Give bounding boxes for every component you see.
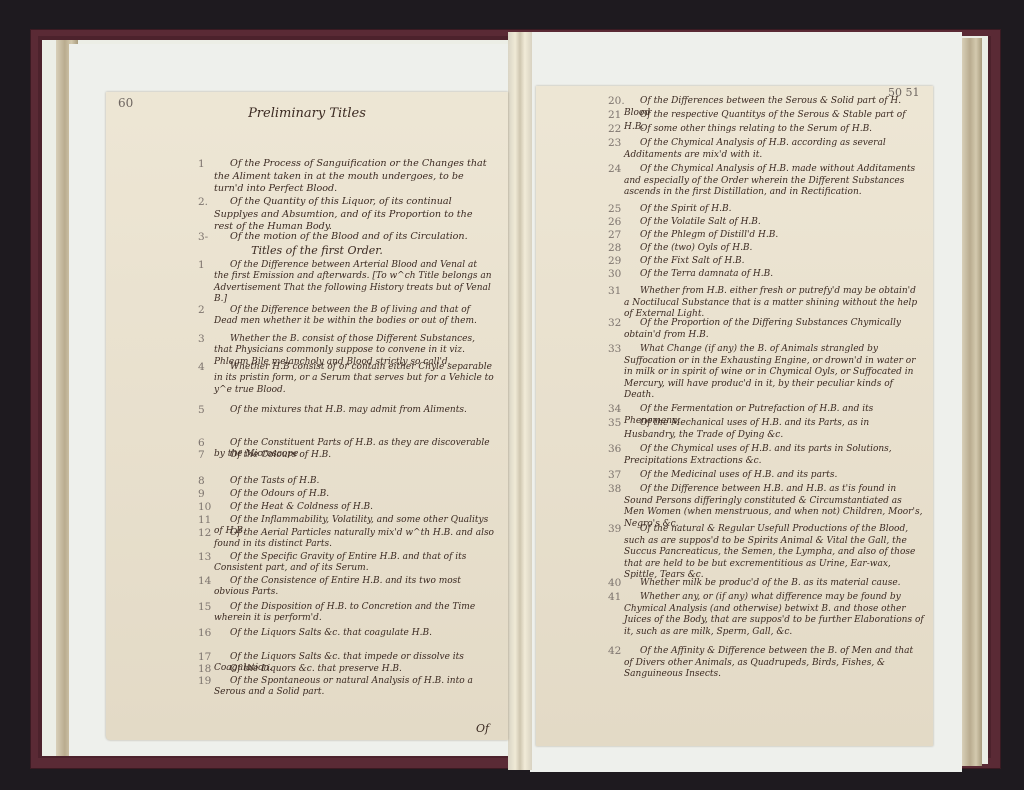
item-number: 13 [198,552,211,563]
item-number: 36 [608,444,621,456]
list-item: 3-Of the motion of the Blood and of its … [214,231,490,244]
item-text: Of some other things relating to the Ser… [624,124,924,136]
item-number: 20. [608,96,625,108]
item-text: What Change (if any) the B. of Animals s… [624,344,924,402]
item-number: 2 [198,305,205,316]
item-number: 24 [608,164,621,176]
list-item: 2Of the Difference between the B of livi… [214,305,494,328]
list-item: 40Whether milk be produc'd of the B. as … [624,578,924,590]
item-number: 6 [198,438,205,449]
list-item: 37Of the Medicinal uses of H.B. and its … [624,470,924,482]
item-number: 42 [608,646,621,658]
item-text: Of the Disposition of H.B. to Concretion… [214,602,494,625]
item-text: Whether from H.B. either fresh or putref… [624,286,924,321]
item-number: 11 [198,515,211,526]
item-text: Of the mixtures that H.B. may admit from… [214,405,494,416]
list-item: 16Of the Liquors Salts &c. that coagulat… [214,628,494,639]
list-item: 25Of the Spirit of H.B. [624,204,924,216]
item-text: Of the Phlegm of Distill'd H.B. [624,230,924,242]
list-item: 31Whether from H.B. either fresh or putr… [624,286,924,321]
item-number: 1 [198,158,205,171]
list-item: 29Of the Fixt Salt of H.B. [624,256,924,268]
left-manuscript-leaf: 60 Preliminary Titles 1Of the Process of… [106,92,508,740]
item-number: 32 [608,318,621,330]
item-number: 4 [198,362,205,373]
list-item: 10Of the Heat & Coldness of H.B. [214,502,494,513]
list-item: 27Of the Phlegm of Distill'd H.B. [624,230,924,242]
list-item: 15Of the Disposition of H.B. to Concreti… [214,602,494,625]
item-number: 33 [608,344,621,356]
item-number: 18 [198,664,211,675]
list-item: 24Of the Chymical Analysis of H.B. made … [624,164,924,199]
list-item: 9Of the Odours of H.B. [214,489,494,500]
item-text: Of the Mechanical uses of H.B. and its P… [624,418,924,441]
item-number: 30 [608,269,621,281]
item-number: 1 [198,260,205,271]
list-item: 13Of the Specific Gravity of Entire H.B.… [214,552,494,575]
list-item: 2.Of the Quantity of this Liquor, of its… [214,196,490,234]
item-number: 7 [198,450,205,461]
item-number: 38 [608,484,621,496]
item-text: Of the Quantity of this Liquor, of its c… [214,196,490,234]
list-item: 30Of the Terra damnata of H.B. [624,269,924,281]
list-item: 41Whether any, or (if any) what differen… [624,592,924,638]
catchword: Of [476,722,489,735]
list-item: 5Of the mixtures that H.B. may admit fro… [214,405,494,416]
right-page-edges [962,38,982,766]
item-number: 5 [198,405,205,416]
item-text: Of the Specific Gravity of Entire H.B. a… [214,552,494,575]
item-number: 31 [608,286,621,298]
list-item: 28Of the (two) Oyls of H.B. [624,243,924,255]
item-number: 21 [608,110,621,122]
item-number: 23 [608,138,621,150]
page-title: Preliminary Titles [106,106,508,121]
item-number: 9 [198,489,205,500]
list-item: 23Of the Chymical Analysis of H.B. accor… [624,138,924,161]
item-number: 8 [198,476,205,487]
item-text: Of the motion of the Blood and of its Ci… [214,231,490,244]
item-text: Of the Proportion of the Differing Subst… [624,318,924,341]
item-text: Of the Chymical Analysis of H.B. made wi… [624,164,924,199]
list-item: 22Of some other things relating to the S… [624,124,924,136]
list-item: 39Of the natural & Regular Usefull Produ… [624,524,924,582]
item-text: Of the Liquors Salts &c. that coagulate … [214,628,494,639]
item-number: 41 [608,592,621,604]
item-text: Of the Consistence of Entire H.B. and it… [214,576,494,599]
item-text: Of the Spirit of H.B. [624,204,924,216]
item-text: Of the Liquors &c. that preserve H.B. [214,664,494,675]
item-text: Of the Volatile Salt of H.B. [624,217,924,229]
item-number: 10 [198,502,211,513]
item-number: 22 [608,124,621,136]
item-number: 37 [608,470,621,482]
item-number: 16 [198,628,211,639]
item-number: 25 [608,204,621,216]
item-number: 35 [608,418,621,430]
item-text: Of the Spontaneous or natural Analysis o… [214,676,494,699]
item-text: Of the Chymical Analysis of H.B. accordi… [624,138,924,161]
item-text: Whether any, or (if any) what difference… [624,592,924,638]
list-item: 35Of the Mechanical uses of H.B. and its… [624,418,924,441]
list-item: 1Of the Difference between Arterial Bloo… [214,260,494,306]
item-text: Of the Medicinal uses of H.B. and its pa… [624,470,924,482]
right-manuscript-leaf: 50 51 20.Of the Differences between the … [536,86,933,746]
list-item: 12Of the Aerial Particles naturally mix'… [214,528,494,551]
item-number: 17 [198,652,211,663]
item-number: 15 [198,602,211,613]
item-number: 28 [608,243,621,255]
list-item: 7Of the Colours of H.B. [214,450,494,461]
item-text: Of the Difference between the B of livin… [214,305,494,328]
list-item: 36Of the Chymical uses of H.B. and its p… [624,444,924,467]
item-text: Whether H.B consist of or contain either… [214,362,494,396]
list-item: 26Of the Volatile Salt of H.B. [624,217,924,229]
item-number: 39 [608,524,621,536]
item-text: Of the Process of Sanguification or the … [214,158,490,196]
item-number: 3- [198,231,208,244]
item-number: 26 [608,217,621,229]
list-item: 4Whether H.B consist of or contain eithe… [214,362,494,396]
book-gutter [508,32,532,770]
item-number: 14 [198,576,211,587]
item-number: 2. [198,196,208,209]
item-text: Of the Terra damnata of H.B. [624,269,924,281]
list-item: 1Of the Process of Sanguification or the… [214,158,490,196]
list-item: 42Of the Affinity & Difference between t… [624,646,924,681]
item-number: 12 [198,528,211,539]
item-text: Of the (two) Oyls of H.B. [624,243,924,255]
section-subheading: Titles of the first Order. [116,244,518,257]
item-number: 3 [198,334,205,345]
item-text: Of the natural & Regular Usefull Product… [624,524,924,582]
item-text: Of the Tasts of H.B. [214,476,494,487]
item-text: Of the Colours of H.B. [214,450,494,461]
item-text: Whether milk be produc'd of the B. as it… [624,578,924,590]
list-item: 19Of the Spontaneous or natural Analysis… [214,676,494,699]
item-number: 34 [608,404,621,416]
item-text: Of the Aerial Particles naturally mix'd … [214,528,494,551]
list-item: 32Of the Proportion of the Differing Sub… [624,318,924,341]
item-number: 29 [608,256,621,268]
list-item: 14Of the Consistence of Entire H.B. and … [214,576,494,599]
item-text: Of the Difference between Arterial Blood… [214,260,494,306]
list-item: 18Of the Liquors &c. that preserve H.B. [214,664,494,675]
item-number: 40 [608,578,621,590]
item-number: 19 [198,676,211,687]
item-text: Of the Affinity & Difference between the… [624,646,924,681]
list-item: 8Of the Tasts of H.B. [214,476,494,487]
item-text: Of the Heat & Coldness of H.B. [214,502,494,513]
item-text: Of the Odours of H.B. [214,489,494,500]
item-text: Of the Chymical uses of H.B. and its par… [624,444,924,467]
list-item: 33What Change (if any) the B. of Animals… [624,344,924,402]
item-number: 27 [608,230,621,242]
item-text: Of the Fixt Salt of H.B. [624,256,924,268]
